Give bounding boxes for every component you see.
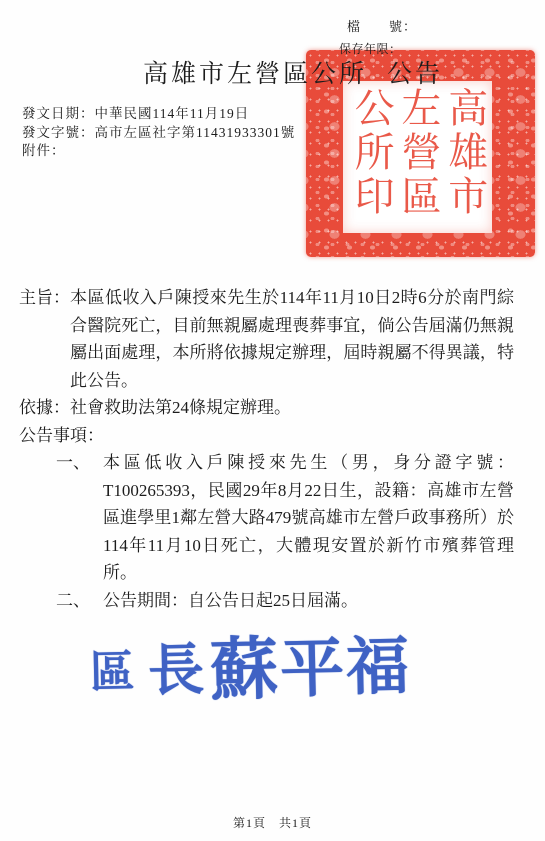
- attachment-line: 附件：: [22, 142, 295, 161]
- page-number-footer: 第1頁 共1頁: [0, 814, 545, 831]
- item-number: 一、: [56, 449, 103, 587]
- file-number-label: 檔 號：: [347, 16, 417, 35]
- seal-inner-square: 高雄市左營區公所印: [343, 81, 492, 233]
- signature-char: 長: [147, 625, 205, 706]
- district-chief-signature-stamp: 區 長 蘇 平 福: [89, 619, 391, 710]
- item-text: 本區低收入戶陳授來先生（男，身分證字號：T100265393，民國29年8月22…: [103, 449, 514, 587]
- issuing-org-name: 高雄市左營區公所: [143, 54, 367, 90]
- signature-char: 區: [89, 635, 134, 700]
- item-text: 公告期間：自公告日起25日屆滿。: [103, 587, 514, 615]
- subject-text: 本區低收入戶陳授來先生於114年11月10日2時6分於南門綜合醫院死亡，目前無親…: [70, 284, 514, 394]
- signature-char: 平: [279, 616, 345, 709]
- legal-basis-paragraph: 依據： 社會救助法第24條規定辦理。: [19, 394, 514, 422]
- announcement-item: 二、 公告期間：自公告日起25日屆滿。: [56, 587, 514, 615]
- seal-script-text: 高雄市左營區公所印: [347, 87, 487, 228]
- legal-basis-text: 社會救助法第24條規定辦理。: [70, 394, 514, 422]
- subject-label: 主旨：: [19, 284, 70, 394]
- item-number: 二、: [56, 587, 103, 615]
- announcement-item: 一、 本區低收入戶陳授來先生（男，身分證字號：T100265393，民國29年8…: [56, 449, 514, 587]
- issue-date-line: 發文日期：中華民國114年11月19日: [22, 105, 295, 124]
- announcement-document: 檔 號： 保存年限： 高雄市左營區公所印 高雄市左營區公所 公告 發文日期：中華…: [0, 0, 545, 841]
- document-type-label: 公告: [387, 54, 443, 90]
- signature-char: 福: [345, 615, 410, 707]
- document-title: 高雄市左營區公所 公告: [143, 54, 443, 90]
- announcement-body: 主旨： 本區低收入戶陳授來先生於114年11月10日2時6分於南門綜合醫院死亡，…: [19, 284, 514, 614]
- issuance-metadata: 發文日期：中華民國114年11月19日 發文字號：高市左區社字第11431933…: [22, 105, 295, 161]
- signature-char: 蘇: [209, 615, 279, 713]
- items-heading: 公告事項：: [19, 422, 514, 450]
- subject-paragraph: 主旨： 本區低收入戶陳授來先生於114年11月10日2時6分於南門綜合醫院死亡，…: [19, 284, 514, 394]
- legal-basis-label: 依據：: [19, 394, 70, 422]
- reference-number-line: 發文字號：高市左區社字第11431933301號: [22, 124, 295, 143]
